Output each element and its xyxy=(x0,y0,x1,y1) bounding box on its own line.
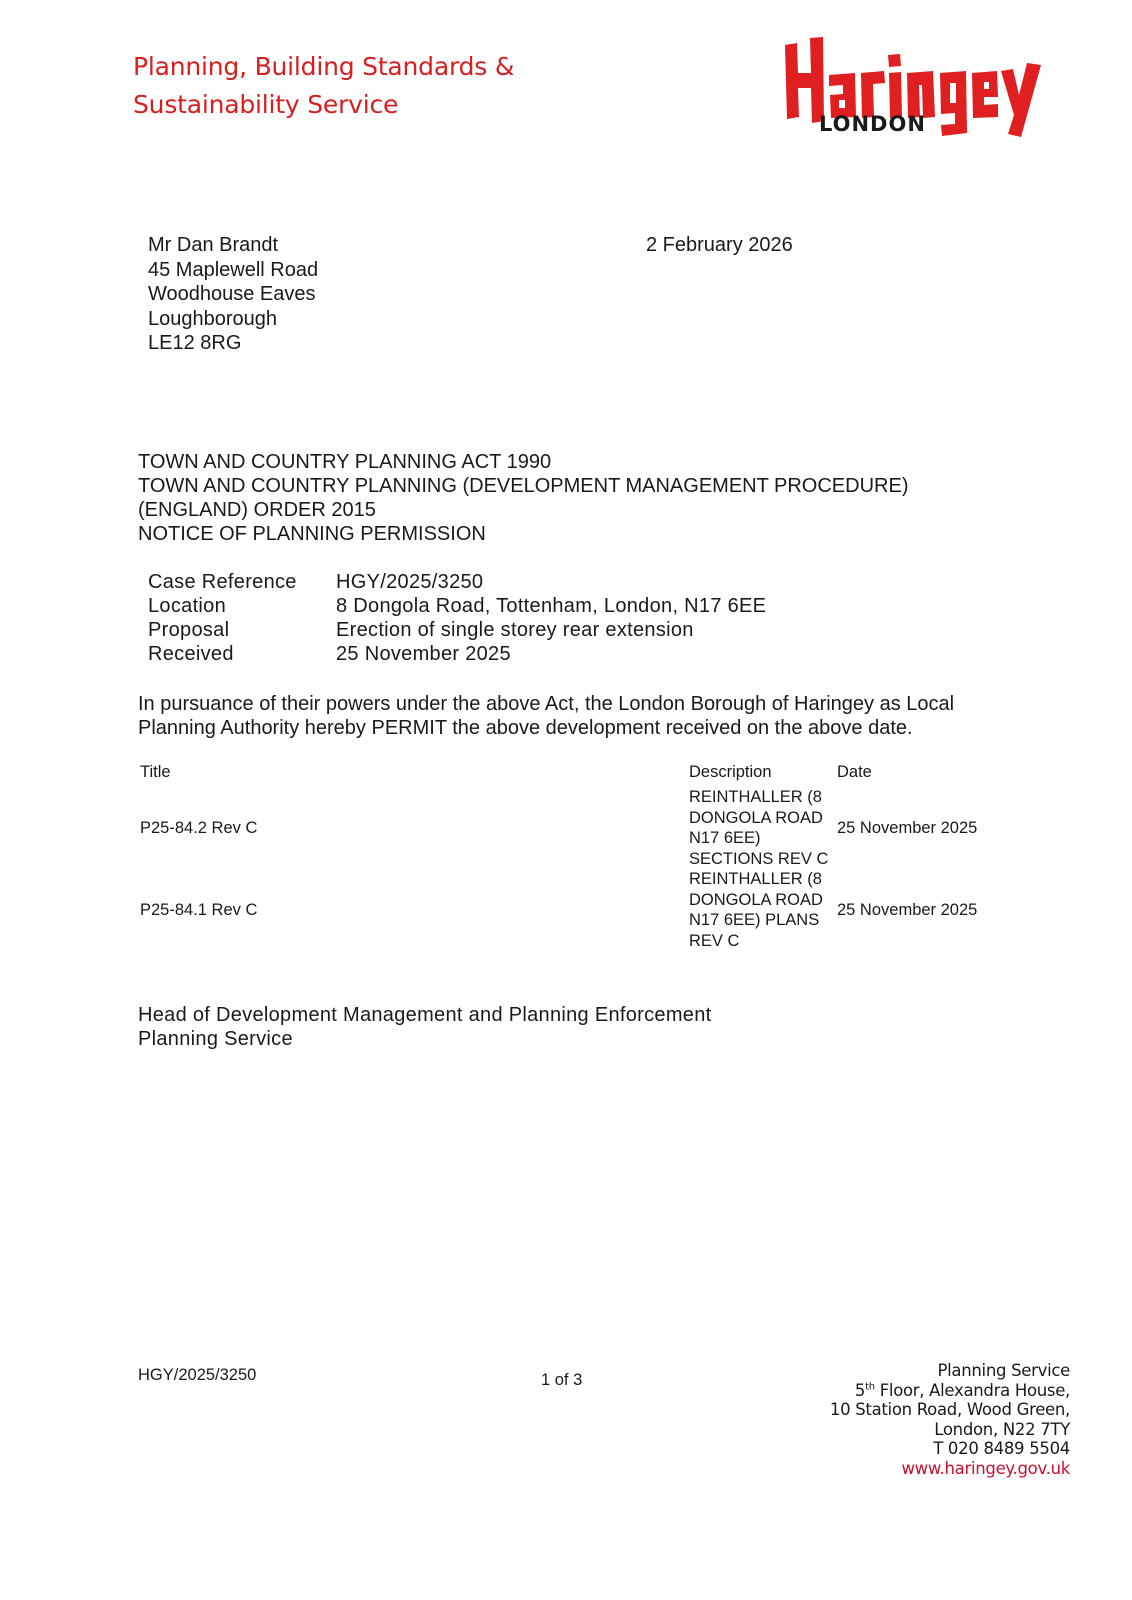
plans-table: Title Description Date P25-84.2 Rev C RE… xyxy=(140,762,997,951)
website-link[interactable]: www.haringey.gov.uk xyxy=(830,1459,1070,1479)
detail-value: HGY/2025/3250 xyxy=(336,570,483,594)
column-header-title: Title xyxy=(140,762,689,787)
heading-line: TOWN AND COUNTRY PLANNING (DEVELOPMENT M… xyxy=(138,474,908,498)
notice-heading: TOWN AND COUNTRY PLANNING ACT 1990 TOWN … xyxy=(138,450,908,546)
case-details: Case Reference HGY/2025/3250 Location 8 … xyxy=(148,570,766,666)
plan-date: 25 November 2025 xyxy=(837,818,997,839)
description-line: N17 6EE) xyxy=(689,828,837,849)
description-line: REV C xyxy=(689,931,837,952)
detail-label: Proposal xyxy=(148,618,336,642)
description-line: SECTIONS REV C xyxy=(689,849,837,870)
address-line: Loughborough xyxy=(148,307,318,332)
detail-value: Erection of single storey rear extension xyxy=(336,618,694,642)
detail-label: Received xyxy=(148,642,336,666)
footer-case-reference: HGY/2025/3250 xyxy=(138,1366,256,1385)
signatory-title: Head of Development Management and Plann… xyxy=(138,1003,712,1027)
description-line: N17 6EE) PLANS xyxy=(689,910,837,931)
plan-title: P25-84.2 Rev C xyxy=(140,818,689,839)
contact-street: 10 Station Road, Wood Green, xyxy=(830,1400,1070,1420)
table-row: P25-84.2 Rev C REINTHALLER (8 DONGOLA RO… xyxy=(140,787,997,869)
service-title: Planning, Building Standards & Sustainab… xyxy=(133,48,514,124)
permit-statement: In pursuance of their powers under the a… xyxy=(138,692,1018,740)
signatory-department: Planning Service xyxy=(138,1027,712,1051)
heading-line: TOWN AND COUNTRY PLANNING ACT 1990 xyxy=(138,450,908,474)
description-line: DONGOLA ROAD xyxy=(689,808,837,829)
logo-subword: LONDON xyxy=(819,112,926,136)
detail-label: Location xyxy=(148,594,336,618)
signature-block: Head of Development Management and Plann… xyxy=(138,1003,712,1051)
plan-description: REINTHALLER (8 DONGOLA ROAD N17 6EE) PLA… xyxy=(689,869,837,951)
description-line: DONGOLA ROAD xyxy=(689,890,837,911)
detail-row-case-reference: Case Reference HGY/2025/3250 xyxy=(148,570,766,594)
contact-service: Planning Service xyxy=(830,1361,1070,1381)
address-line: LE12 8RG xyxy=(148,331,318,356)
heading-line: NOTICE OF PLANNING PERMISSION xyxy=(138,522,908,546)
description-line: REINTHALLER (8 xyxy=(689,787,837,808)
detail-row-received: Received 25 November 2025 xyxy=(148,642,766,666)
column-header-description: Description xyxy=(689,762,837,787)
letter-date: 2 February 2026 xyxy=(646,233,793,258)
table-row: P25-84.1 Rev C REINTHALLER (8 DONGOLA RO… xyxy=(140,869,997,951)
plan-description: REINTHALLER (8 DONGOLA ROAD N17 6EE) SEC… xyxy=(689,787,837,869)
plan-date: 25 November 2025 xyxy=(837,900,997,921)
detail-value: 25 November 2025 xyxy=(336,642,511,666)
detail-label: Case Reference xyxy=(148,570,336,594)
detail-row-location: Location 8 Dongola Road, Tottenham, Lond… xyxy=(148,594,766,618)
description-line: REINTHALLER (8 xyxy=(689,869,837,890)
address-line: Woodhouse Eaves xyxy=(148,282,318,307)
haringey-logo: LONDON xyxy=(785,33,1055,143)
plan-title: P25-84.1 Rev C xyxy=(140,900,689,921)
service-title-line-2: Sustainability Service xyxy=(133,86,514,124)
service-title-line-1: Planning, Building Standards & xyxy=(133,48,514,86)
contact-city: London, N22 7TY xyxy=(830,1420,1070,1440)
detail-row-proposal: Proposal Erection of single storey rear … xyxy=(148,618,766,642)
address-line: 45 Maplewell Road xyxy=(148,258,318,283)
contact-phone: T 020 8489 5504 xyxy=(830,1439,1070,1459)
footer-contact: Planning Service 5th Floor, Alexandra Ho… xyxy=(830,1361,1070,1478)
column-header-date: Date xyxy=(837,762,997,787)
heading-line: (ENGLAND) ORDER 2015 xyxy=(138,498,908,522)
contact-floor: 5th Floor, Alexandra House, xyxy=(830,1381,1070,1401)
detail-value: 8 Dongola Road, Tottenham, London, N17 6… xyxy=(336,594,766,618)
recipient-address: Mr Dan Brandt 45 Maplewell Road Woodhous… xyxy=(148,233,318,356)
plans-table-header: Title Description Date xyxy=(140,762,997,787)
recipient-name: Mr Dan Brandt xyxy=(148,233,318,258)
page-number: 1 of 3 xyxy=(541,1371,582,1390)
